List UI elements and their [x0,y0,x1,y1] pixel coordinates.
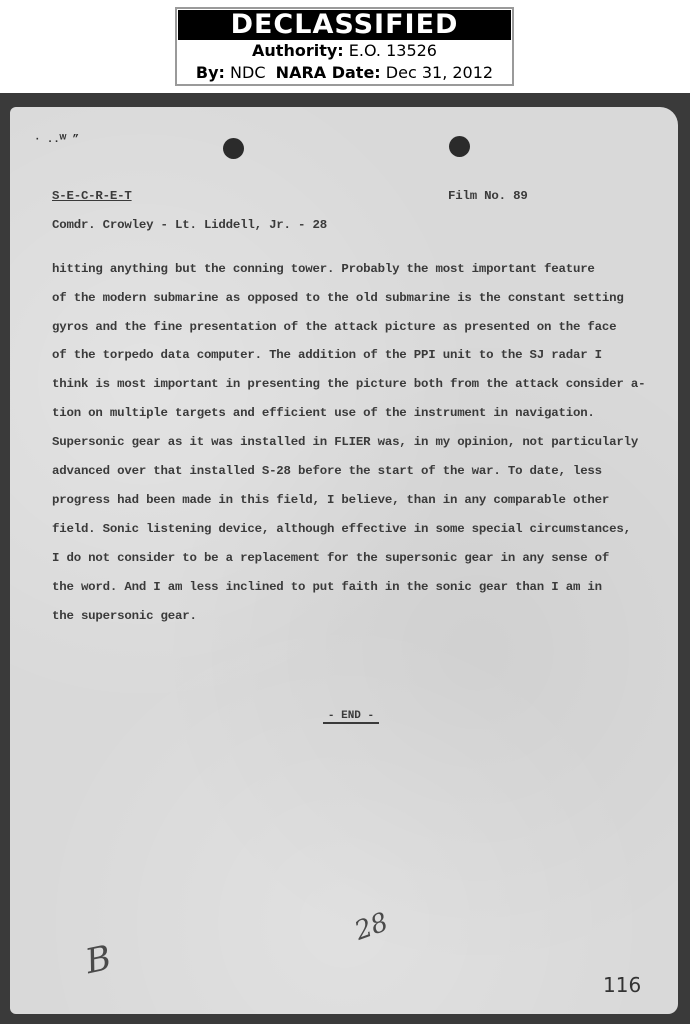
by-value: NDC [230,63,265,82]
punch-hole-left [223,138,244,159]
header-line: Comdr. Crowley - Lt. Liddell, Jr. - 28 [52,218,327,232]
nara-date-value: Dec 31, 2012 [386,63,493,82]
classification-marking: S-E-C-R-E-T [52,189,132,203]
stamp-title: DECLASSIFIED [178,10,511,40]
body-line: the supersonic gear. [52,609,197,623]
body-line: advanced over that installed S-28 before… [52,464,602,478]
body-line: of the modern submarine as opposed to th… [52,291,624,305]
film-number: Film No. 89 [448,189,528,203]
by-label: By: [196,63,225,82]
punch-hole-right [449,136,470,157]
corner-mark: · ..ᵂ ” [34,134,79,146]
end-underline [323,722,379,724]
body-line: field. Sonic listening device, although … [52,522,631,536]
body-line: I do not consider to be a replacement fo… [52,551,609,565]
body-line: gyros and the fine presentation of the a… [52,320,616,334]
authority-label: Authority: [252,41,344,60]
body-line: progress had been made in this field, I … [52,493,609,507]
body-line: tion on multiple targets and efficient u… [52,406,595,420]
body-line: hitting anything but the conning tower. … [52,262,595,276]
end-marker: - END - [323,710,379,724]
body-line: Supersonic gear as it was installed in F… [52,435,638,449]
declassified-stamp: DECLASSIFIED Authority: E.O. 13526 By: N… [175,7,514,86]
end-marker-text: - END - [328,710,374,722]
body-line: of the torpedo data computer. The additi… [52,348,602,362]
page-number: 116 [603,973,641,997]
stamp-by-date: By: NDC NARA Date: Dec 31, 2012 [177,62,512,84]
stamp-authority: Authority: E.O. 13526 [177,40,512,62]
body-line: think is most important in presenting th… [52,377,645,391]
authority-value: E.O. 13526 [349,41,437,60]
nara-date-label: NARA Date: [276,63,381,82]
body-line: the word. And I am less inclined to put … [52,580,602,594]
